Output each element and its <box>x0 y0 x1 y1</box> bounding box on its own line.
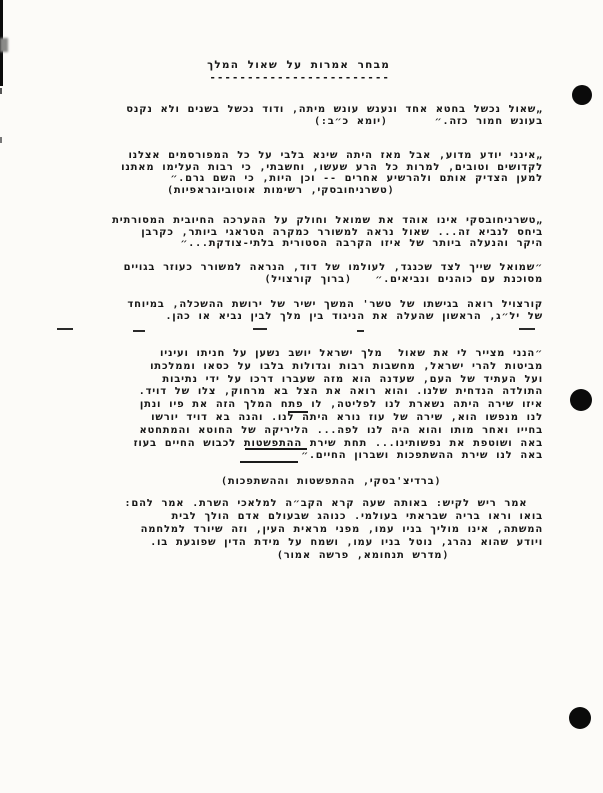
text-line: היקר והנעלה ביותר של איזו הקרבה הסטורית … <box>112 238 543 250</box>
text-line: מסוכנת עם כוהנים ונביאים.״ (ברוך קורצויל… <box>124 274 543 286</box>
text-line: למען הצדיק אותם ולהרשיע אחרים -- וכן היו… <box>121 173 543 185</box>
separator-dash <box>519 328 535 330</box>
scan-edge-tick <box>0 88 2 94</box>
text-line: של יל״ג, הראשון שהעלה את הניגוד בין מלך … <box>127 311 543 323</box>
text-line: „טשרניחובסקי אינו אוהד את שמואל וחולק על… <box>112 215 543 227</box>
quote-tchernichovsky: „אינני יודע מדוע, אבל מאז היתה שינא בלבי… <box>121 150 543 196</box>
text-line: אמר ריש לקיש: באותה שעה קרא הקב״ה למלאכי… <box>125 497 543 510</box>
text-line: מבחר אמרות על שאול המלך <box>207 59 390 72</box>
quote-berdichevsky: ״הנני מצייר לי את שאול מלך ישראל יושב נש… <box>134 348 543 489</box>
page-title: מבחר אמרות על שאול המלך-----------------… <box>207 59 390 85</box>
text-line: המשתה, אינו מוליך בניו עמו, מפני מראית ה… <box>125 523 543 536</box>
separator-dash <box>253 328 267 330</box>
text-line: בחייו ואחר מותו והוא היה לנו לפה... הליר… <box>134 425 543 438</box>
quote-yoma: „שאול נכשל בחטא אחד ונענש עונש מיתה, ודו… <box>126 104 543 127</box>
separator-dash <box>133 330 145 332</box>
text-line: באה ושוטפת את נפשותינו... תחת שירת ההתפש… <box>134 438 543 451</box>
commentary-tchernichovsky: „טשרניחובסקי אינו אוהד את שמואל וחולק על… <box>112 215 543 250</box>
quote-kurzweil: ״שמואל שייך לצד שכנגד, לעולמו של דוד, הנ… <box>124 262 543 285</box>
text-line: „שאול נכשל בחטא אחד ונענש עונש מיתה, ודו… <box>126 104 543 116</box>
punch-hole-dot-top <box>572 85 592 105</box>
text-line: ועל העתיד של העם, שעדנה הוא מזה שעברו דר… <box>134 374 543 387</box>
text-line: ------------------------ <box>207 72 390 85</box>
text-line: איזו שירה היתה נשארת לנו לפליטה, לו פתח … <box>134 399 543 412</box>
separator-dash <box>357 330 364 332</box>
text-line: בואו וראו בריה שבראתי בעולמי. כנוהג שבעו… <box>125 510 543 523</box>
text-line: לנו מנפשו הוא, שירה של עוז נורא היתה לנו… <box>134 412 543 425</box>
underline-mark-hishtapchut <box>240 461 298 463</box>
commentary-kurzweil: קורצויל רואה בגישתו של טשר' המשך ישיר של… <box>127 299 543 322</box>
text-line: התולדה הנדחית שלנו. והוא רואה את הצל בא … <box>134 386 543 399</box>
scan-edge-tick <box>0 137 2 143</box>
text-line: ביחס לנביא זה... שאול נראה למשורר כמקרה … <box>112 227 543 239</box>
text-line: „אינני יודע מדוע, אבל מאז היתה שינא בלבי… <box>121 150 543 162</box>
text-line: קורצויל רואה בגישתו של טשר' המשך ישיר של… <box>127 299 543 311</box>
scanned-document-page: מבחר אמרות על שאול המלך-----------------… <box>0 0 603 793</box>
punch-hole-dot-middle <box>570 389 592 411</box>
quote-midrash-tanchuma: אמר ריש לקיש: באותה שעה קרא הקב״ה למלאכי… <box>125 497 543 562</box>
separator-dash <box>57 328 73 330</box>
text-line: מביטות להרי ישראל, מחשבות רבות וגדולות ב… <box>134 361 543 374</box>
text-line: (ברדיצ'בסקי, ההתפשטות וההשתפכות) <box>134 476 543 489</box>
text-line <box>134 463 543 476</box>
underline-mark-hazeh <box>288 411 308 413</box>
text-line: באה לנו שירת ההשתפכות ושברון החיים.״ <box>134 450 543 463</box>
text-line: ״הנני מצייר לי את שאול מלך ישראל יושב נש… <box>134 348 543 361</box>
text-line: (טשרניחובסקי, רשימות אוטוביוגראפיות) <box>121 185 543 197</box>
text-line: ״שמואל שייך לצד שכנגד, לעולמו של דוד, הנ… <box>124 262 543 274</box>
text-line: בעונש חמור כזה.״ (יומא כ״ב:) <box>126 116 543 128</box>
punch-hole-dot-bottom <box>569 707 591 729</box>
text-line: (מדרש תנחומא, פרשה אמור) <box>125 549 543 562</box>
scan-edge-smudge <box>0 38 8 52</box>
underline-mark-hitpashtut <box>245 448 307 450</box>
text-line: ויודע שהוא נהרג, נוטל בניו עמו, ושמח על … <box>125 536 543 549</box>
text-line: לקדושים וטובים, למרות כל הרע שעשו, וחשבת… <box>121 162 543 174</box>
